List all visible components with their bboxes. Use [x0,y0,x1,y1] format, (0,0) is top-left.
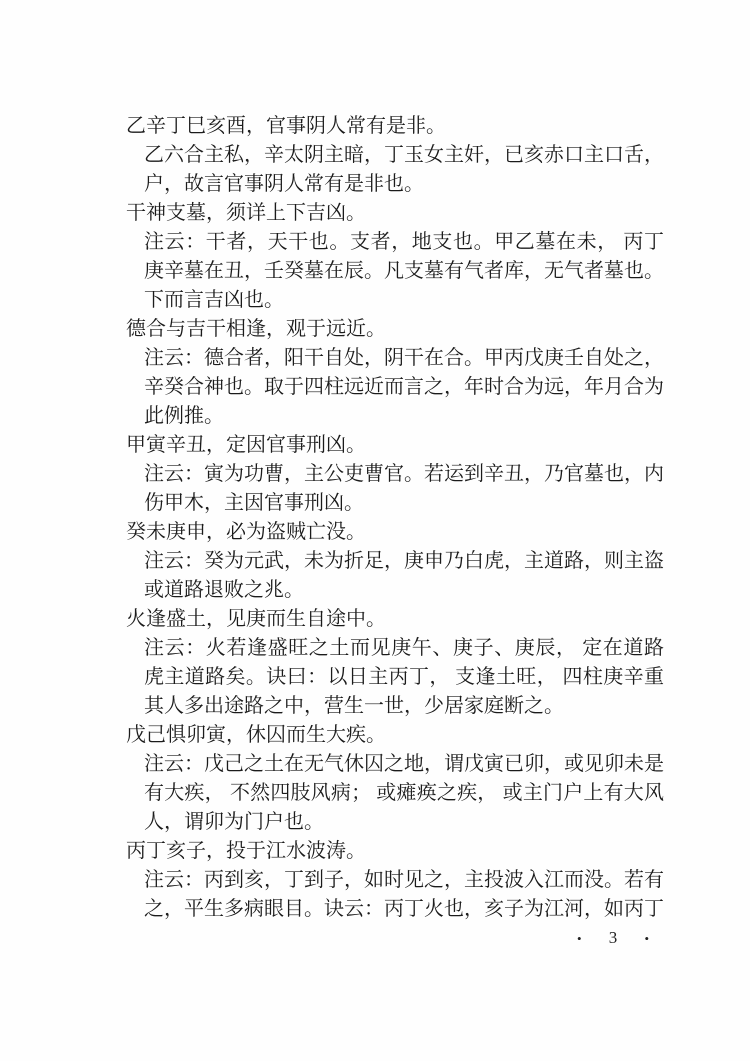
commentary-line: 注云：癸为元武，未为折足，庚申乃白虎，主道路，则主盗贼而亡， [144,547,664,576]
commentary-line: 其人多出途路之中，营生一世，少居家庭断之。 [144,692,664,721]
verse-heading: 干神支墓，须详上下吉凶。 [126,199,664,228]
text-block: 乙辛丁巳亥酉，官事阴人常有是非。 乙六合主私，辛太阴主暗，丁玉女主奸，已亥赤口主… [126,112,664,924]
commentary-line: 虎主道路矣。诀曰：以日主丙丁， 支逢土旺， 四柱庚辛重见，主 [144,663,664,692]
section-huo-feng-sheng-tu: 火逢盛土，见庚而生自途中。 注云：火若逢盛旺之土而见庚午、庚子、庚辰， 定在道路… [126,605,664,721]
verse-heading: 丙丁亥子，投于江水波涛。 [126,837,664,866]
commentary-line: 人，谓卯为门户也。 [144,808,664,837]
commentary-line: 注云：丙到亥，丁到子，如时见之，主投波入江而没。若有合而救 [144,866,664,895]
verse-heading: 甲寅辛丑，定因官事刑凶。 [126,431,664,460]
commentary-line: 有大疾， 不然四肢风病； 或瘫痪之疾， 或主门户上有大风疾之 [144,779,664,808]
scanned-book-page: 乙辛丁巳亥酉，官事阴人常有是非。 乙六合主私，辛太阴主暗，丁玉女主奸，已亥赤口主… [0,0,750,1061]
verse-heading: 德合与吉干相逢，观于远近。 [126,315,664,344]
section-bing-ding-hai-zi: 丙丁亥子，投于江水波涛。 注云：丙到亥，丁到子，如时见之，主投波入江而没。若有合… [126,837,664,924]
section-de-he-ji-gan: 德合与吉干相逢，观于远近。 注云：德合者，阳干自处，阴干在合。甲丙戊庚壬自处之，… [126,315,664,431]
section-gan-shen-zhi-mu: 干神支墓，须详上下吉凶。 注云：干者，天干也。支者，地支也。甲乙墓在未， 丙丁墓… [126,199,664,315]
commentary-line: 注云：寅为功曹，主公吏曹官。若运到辛丑，乃官墓也，内有庚金 [144,460,664,489]
verse-heading: 乙辛丁巳亥酉，官事阴人常有是非。 [126,112,664,141]
section-wu-ji-ju-mao-yin: 戊己惧卯寅，休囚而生大疾。 注云：戊己之土在无气休囚之地，谓戊寅已卯，或见卯未是… [126,721,664,837]
commentary-line: 下而言吉凶也。 [144,286,664,315]
commentary-line: 此例推。 [144,402,664,431]
commentary-line: 庚辛墓在丑，壬癸墓在辰。凡支墓有气者库，无气者墓也。详上 [144,257,664,286]
section-yi-xin-ding: 乙辛丁巳亥酉，官事阴人常有是非。 乙六合主私，辛太阴主暗，丁玉女主奸，已亥赤口主… [126,112,664,199]
folio-right-dot: • [644,932,649,945]
page-number: • 3 • [577,925,649,951]
commentary-line: 之，平生多病眼目。诀云：丙丁火也，亥子为江河，如丙丁日生见 [144,895,664,924]
commentary-line: 伤甲木，主因官事刑凶。 [144,489,664,518]
commentary-line: 或道路退败之兆。 [144,576,664,605]
folio-number: 3 [609,928,618,948]
commentary-line: 辛癸合神也。取于四柱远近而言之，年时合为远，年月合为近，以 [144,373,664,402]
section-gui-wei-geng-shen: 癸未庚申，必为盗贼亡没。 注云：癸为元武，未为折足，庚申乃白虎，主道路，则主盗贼… [126,518,664,605]
verse-heading: 癸未庚申，必为盗贼亡没。 [126,518,664,547]
commentary-line: 注云：火若逢盛旺之土而见庚午、庚子、庚辰， 定在道路也，谓白 [144,634,664,663]
commentary-line: 注云：干者，天干也。支者，地支也。甲乙墓在未， 丙丁墓在戌， [144,228,664,257]
section-jia-yin-xin-chou: 甲寅辛丑，定因官事刑凶。 注云：寅为功曹，主公吏曹官。若运到辛丑，乃官墓也，内有… [126,431,664,518]
commentary-line: 注云：德合者，阳干自处，阴干在合。甲丙戊庚壬自处之，乙丁巳 [144,344,664,373]
commentary-line: 户，故言官事阴人常有是非也。 [144,170,664,199]
verse-heading: 火逢盛土，见庚而生自途中。 [126,605,664,634]
commentary-line: 乙六合主私，辛太阴主暗，丁玉女主奸，已亥赤口主口舌，酉为门 [144,141,664,170]
commentary-line: 注云：戊己之土在无气休囚之地，谓戊寅已卯，或见卯未是也，主 [144,750,664,779]
folio-left-dot: • [577,932,582,945]
verse-heading: 戊己惧卯寅，休囚而生大疾。 [126,721,664,750]
